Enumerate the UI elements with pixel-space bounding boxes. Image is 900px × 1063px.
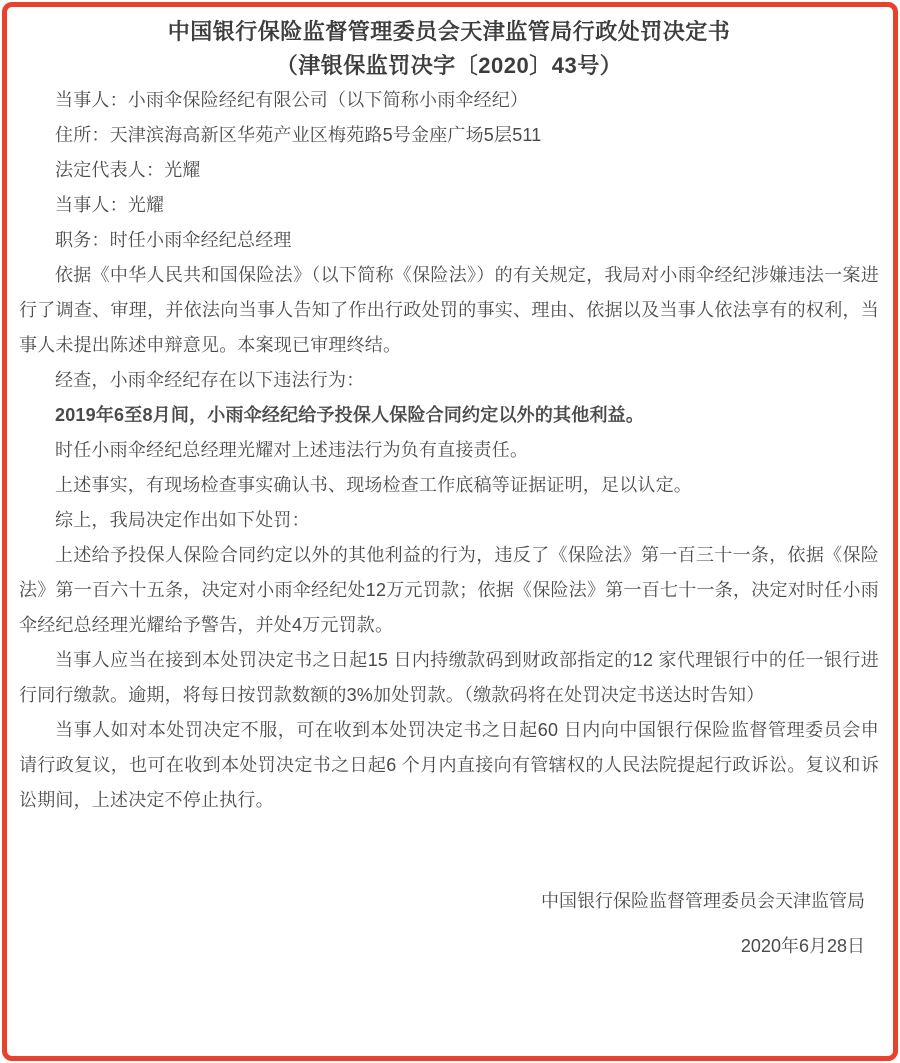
paragraph-evidence: 上述事实，有现场检查事实确认书、现场检查工作底稿等证据证明，足以认定。 (19, 468, 879, 503)
paragraph-findings-intro: 经查，小雨伞经纪存在以下违法行为： (19, 363, 879, 398)
penalty-decision-document: 中国银行保险监督管理委员会天津监管局行政处罚决定书 （津银保监罚决字〔2020〕… (2, 2, 898, 1061)
party-company-name-line: 当事人：小雨伞保险经纪有限公司（以下简称小雨伞经纪） (19, 83, 879, 118)
paragraph-payment-instructions: 当事人应当在接到本处罚决定书之日起15 日内持缴款码到财政部指定的12 家代理银… (19, 643, 879, 713)
paragraph-legal-basis: 依据《中华人民共和国保险法》（以下简称《保险法》）的有关规定，我局对小雨伞经纪涉… (19, 258, 879, 363)
document-title: 中国银行保险监督管理委员会天津监管局行政处罚决定书 (19, 15, 879, 49)
party-person-position-line: 职务：时任小雨伞经纪总经理 (19, 223, 879, 258)
document-number: （津银保监罚决字〔2020〕43号） (19, 49, 879, 83)
paragraph-penalty: 上述给予投保人保险合同约定以外的其他利益的行为，违反了《保险法》第一百三十一条，… (19, 538, 879, 643)
issuer-signature: 中国银行保险监督管理委员会天津监管局 (19, 884, 879, 919)
party-company-address-line: 住所：天津滨海高新区华苑产业区梅苑路5号金座广场5层511 (19, 118, 879, 153)
paragraph-decision-intro: 综上，我局决定作出如下处罚： (19, 503, 879, 538)
party-person-name-line: 当事人：光耀 (19, 188, 879, 223)
issue-date: 2020年6月28日 (19, 929, 879, 964)
paragraph-violation: 2019年6至8月间，小雨伞经纪给予投保人保险合同约定以外的其他利益。 (19, 398, 879, 433)
paragraph-responsibility: 时任小雨伞经纪总经理光耀对上述违法行为负有直接责任。 (19, 433, 879, 468)
party-company-legal-rep-line: 法定代表人：光耀 (19, 153, 879, 188)
paragraph-appeal-rights: 当事人如对本处罚决定不服，可在收到本处罚决定书之日起60 日内向中国银行保险监督… (19, 713, 879, 818)
